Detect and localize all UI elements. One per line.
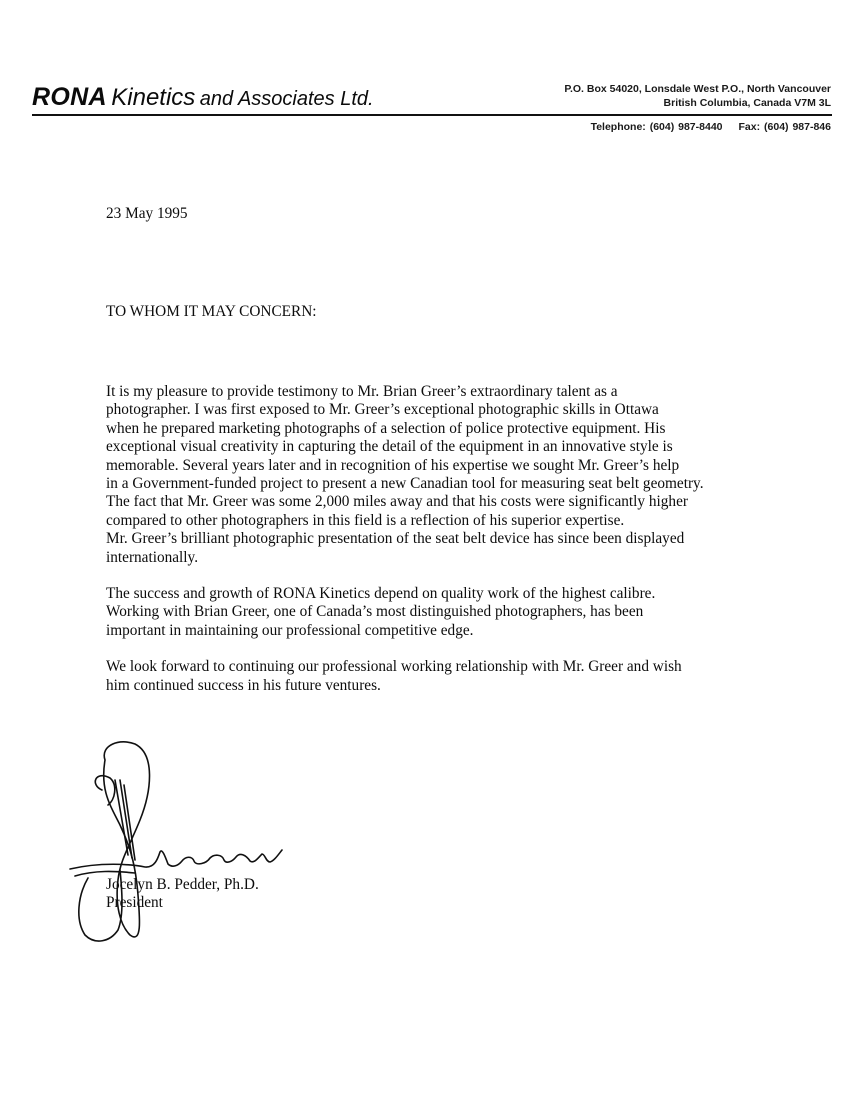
paragraph-2: The success and growth of RONA Kinetics … [106,585,826,640]
company-name: RONA Kinetics and Associates Ltd. [32,83,374,112]
fax: Fax: (604) 987-846 [739,121,831,133]
letter-body: It is my pleasure to provide testimony t… [106,383,826,713]
body-line: him continued success in his future vent… [106,677,826,695]
telephone: Telephone: (604) 987-8440 [591,121,723,133]
body-line: in a Government-funded project to presen… [106,475,826,493]
body-line: Working with Brian Greer, one of Canada’… [106,603,826,621]
handwritten-signature [60,730,360,950]
body-line: memorable. Several years later and in re… [106,457,826,475]
letterhead-rule [32,114,832,116]
company-address: P.O. Box 54020, Lonsdale West P.O., Nort… [564,82,831,110]
body-line: The success and growth of RONA Kinetics … [106,585,826,603]
address-line-1: P.O. Box 54020, Lonsdale West P.O., Nort… [564,82,831,96]
body-line: when he prepared marketing photographs o… [106,420,826,438]
signatory-title: President [106,894,259,912]
signatory-name: Jocelyn B. Pedder, Ph.D. [106,876,259,894]
body-line: internationally. [106,549,826,567]
paragraph-3: We look forward to continuing our profes… [106,658,826,695]
body-line: We look forward to continuing our profes… [106,658,826,676]
company-name-bold: RONA [32,83,107,111]
body-line: compared to other photographers in this … [106,512,826,530]
company-contact: Telephone: (604) 987-8440Fax: (604) 987-… [591,121,831,133]
body-line: The fact that Mr. Greer was some 2,000 m… [106,493,826,511]
letter-date: 23 May 1995 [106,205,188,223]
address-line-2: British Columbia, Canada V7M 3L [564,96,831,110]
signature-block: Jocelyn B. Pedder, Ph.D. President [106,876,259,913]
company-name-rest: and Associates Ltd. [200,88,374,110]
body-line: It is my pleasure to provide testimony t… [106,383,826,401]
body-line: Mr. Greer’s brilliant photographic prese… [106,530,826,548]
paragraph-1: It is my pleasure to provide testimony t… [106,383,826,567]
body-line: exceptional visual creativity in capturi… [106,438,826,456]
salutation: TO WHOM IT MAY CONCERN: [106,303,317,321]
company-name-kinetics: Kinetics [111,84,195,111]
body-line: important in maintaining our professiona… [106,622,826,640]
body-line: photographer. I was first exposed to Mr.… [106,401,826,419]
